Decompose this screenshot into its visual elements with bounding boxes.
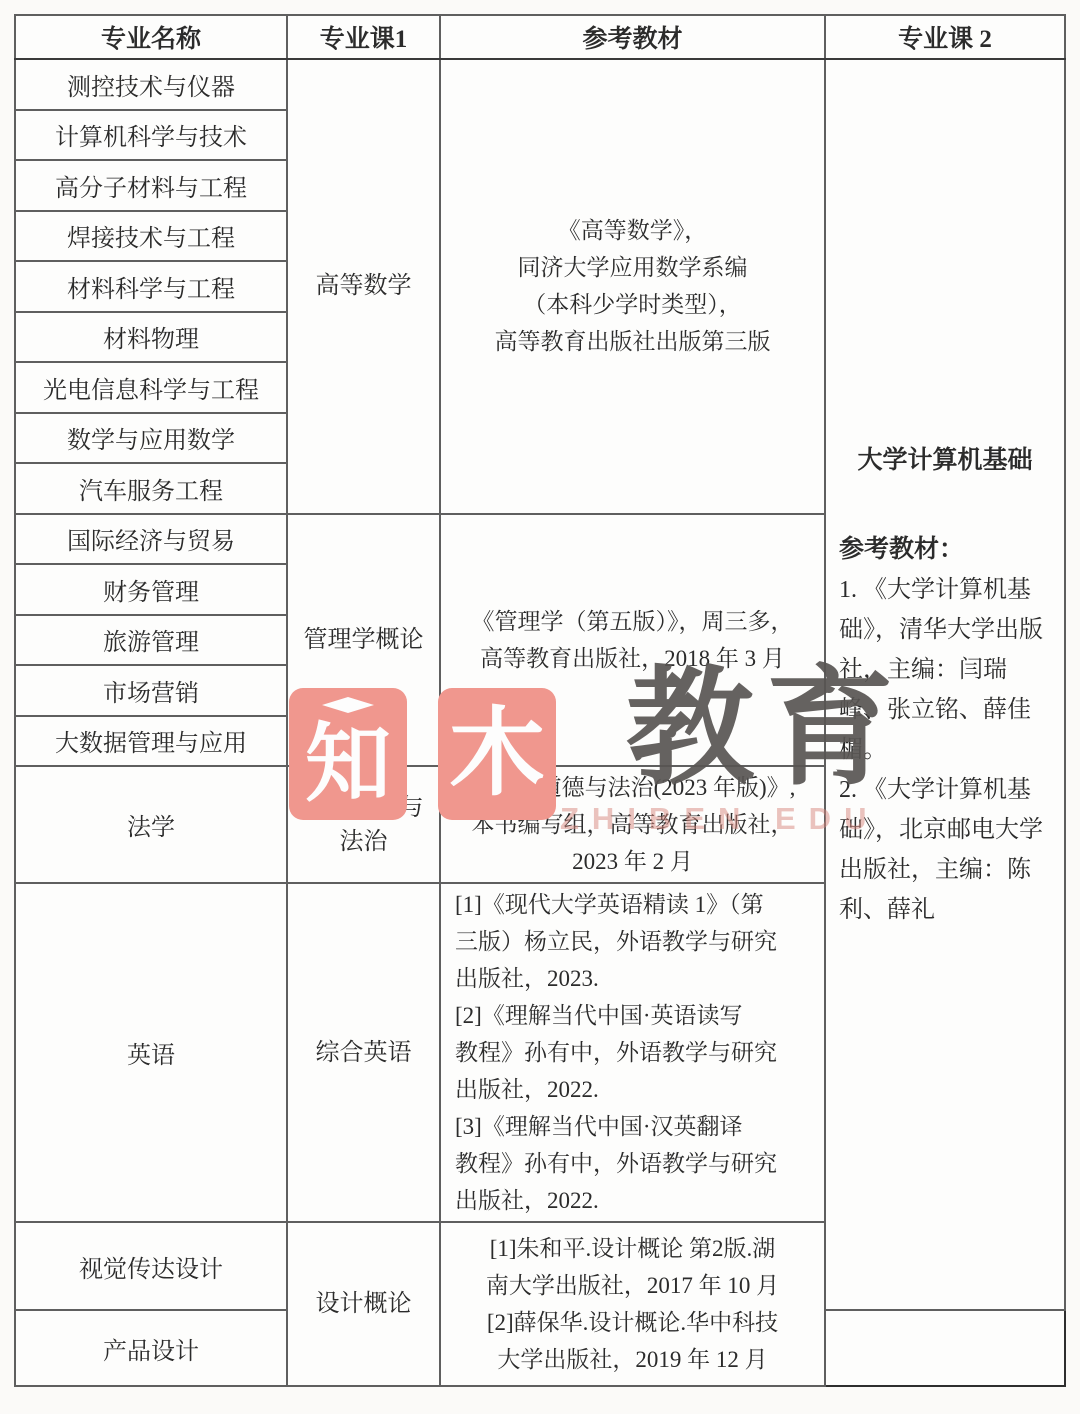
col-header-course1: 专业课1 <box>287 15 440 59</box>
major-cell: 光电信息科学与工程 <box>15 362 287 413</box>
course1-management: 管理学概论 <box>287 514 440 767</box>
major-cell: 视觉传达设计 <box>15 1222 287 1310</box>
course1-english: 综合英语 <box>287 883 440 1222</box>
major-cell: 财务管理 <box>15 564 287 615</box>
major-cell: 材料科学与工程 <box>15 261 287 312</box>
page: 专业名称 专业课1 参考教材 专业课 2 测控技术与仪器 高等数学 《高等数学》… <box>0 0 1080 1414</box>
course2-ref-heading: 参考教材： <box>839 530 1051 570</box>
major-cell: 测控技术与仪器 <box>15 59 287 110</box>
table-row: 测控技术与仪器 高等数学 《高等数学》， 同济大学应用数学系编 （本科少学时类型… <box>15 59 1065 110</box>
course2-ref-item: 1. 《大学计算机基础》，清华大学出版社，主编：闫瑞峰、张立铭、薛佳楣。 <box>839 570 1051 770</box>
major-cell: 旅游管理 <box>15 615 287 666</box>
reference-management: 《管理学（第五版）》，周三多， 高等教育出版社，2018 年 3 月 <box>440 514 825 767</box>
course1-math: 高等数学 <box>287 59 440 514</box>
major-cell: 法学 <box>15 766 287 883</box>
course1-law: 思想道德与 法治 <box>287 766 440 883</box>
reference-design: [1]朱和平.设计概论 第2版.湖 南大学出版社，2017 年 10 月 [2]… <box>440 1222 825 1386</box>
reference-law: 《思想道德与法治(2023 年版)》, 本书编写组，高等教育出版社， 2023 … <box>440 766 825 883</box>
course1-design: 设计概论 <box>287 1222 440 1386</box>
course2-cell: 大学计算机基础 参考教材： 1. 《大学计算机基础》，清华大学出版社，主编：闫瑞… <box>825 59 1065 1310</box>
major-cell: 大数据管理与应用 <box>15 716 287 767</box>
table-header-row: 专业名称 专业课1 参考教材 专业课 2 <box>15 15 1065 59</box>
reference-english: [1]《现代大学英语精读 1》（第 三版）杨立民，外语教学与研究 出版社，202… <box>440 883 825 1222</box>
major-cell: 高分子材料与工程 <box>15 160 287 211</box>
major-cell: 计算机科学与技术 <box>15 110 287 161</box>
col-header-major-name: 专业名称 <box>15 15 287 59</box>
exam-subjects-table: 专业名称 专业课1 参考教材 专业课 2 测控技术与仪器 高等数学 《高等数学》… <box>14 14 1066 1387</box>
course2-ref-item: 2. 《大学计算机基础》，北京邮电大学出版社，主编：陈利、薛礼 <box>839 770 1051 930</box>
major-cell: 焊接技术与工程 <box>15 211 287 262</box>
course2-title: 大学计算机基础 <box>839 440 1051 476</box>
major-cell: 数学与应用数学 <box>15 413 287 464</box>
reference-math: 《高等数学》， 同济大学应用数学系编 （本科少学时类型）， 高等教育出版社出版第… <box>440 59 825 514</box>
col-header-course2: 专业课 2 <box>825 15 1065 59</box>
col-header-reference: 参考教材 <box>440 15 825 59</box>
major-cell: 产品设计 <box>15 1310 287 1386</box>
major-cell: 材料物理 <box>15 312 287 363</box>
major-cell: 国际经济与贸易 <box>15 514 287 565</box>
major-cell: 英语 <box>15 883 287 1222</box>
major-cell: 汽车服务工程 <box>15 463 287 514</box>
major-cell: 市场营销 <box>15 665 287 716</box>
